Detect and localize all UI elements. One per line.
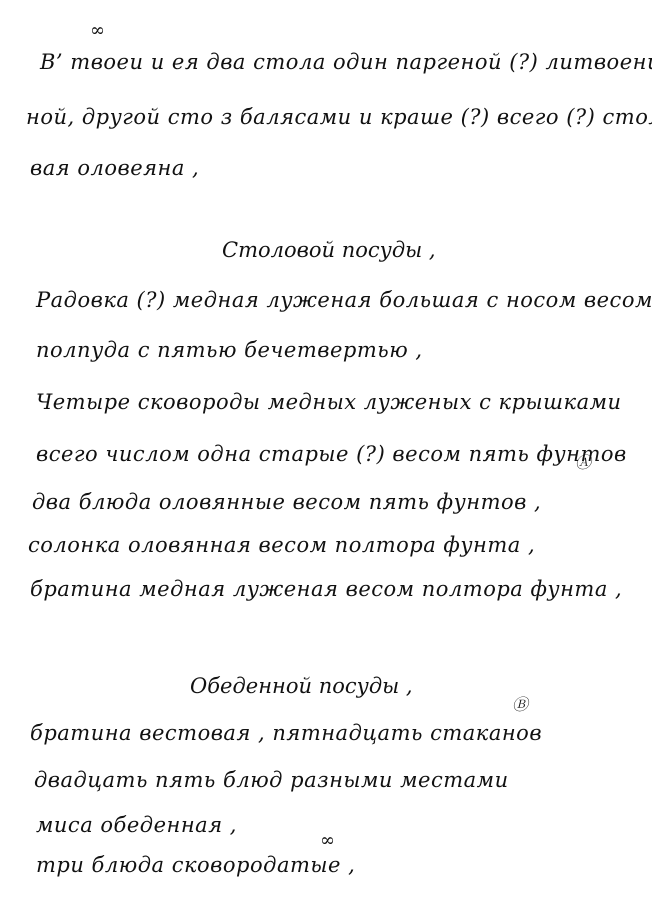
manuscript-line-5: полпуда с пятью бечетвертью ,: [36, 340, 423, 361]
manuscript-line-1: В’ твоеи и ея два стола один паргеной (?…: [40, 52, 652, 73]
manuscript-line-14: три блюда сковородатые ,: [36, 855, 355, 876]
superscript-flourish-icon: ∞: [90, 20, 105, 41]
manuscript-line-12: двадцать пять блюд разными местами: [34, 770, 509, 791]
manuscript-line-2: ной, другой сто з балясами и краше (?) в…: [26, 107, 652, 128]
manuscript-line-9: солонка оловянная весом полтора фунта ,: [28, 535, 535, 556]
encircled-letter-icon: Ⓐ: [575, 450, 591, 473]
manuscript-line-7: всего числом одна старые (?) весом пять …: [36, 444, 627, 465]
manuscript-line-8: два блюда оловянные весом пять фунтов ,: [32, 492, 541, 513]
encircled-letter-icon: Ⓑ: [512, 692, 528, 715]
manuscript-line-6: Четыре сковороды медных луженых с крышка…: [36, 392, 622, 413]
section-heading-dinner-ware: Обеденной посуды ,: [190, 676, 413, 697]
manuscript-line-4: Радовка (?) медная луженая большая с нос…: [36, 290, 652, 311]
superscript-flourish-icon: ∞: [320, 830, 335, 851]
section-heading-table-ware: Столовой посуды ,: [222, 240, 436, 261]
manuscript-line-3: вая оловеяна ,: [30, 158, 199, 179]
manuscript-line-13: миса обеденная ,: [36, 815, 237, 836]
manuscript-page: В’ твоеи и ея два стола один паргеной (?…: [0, 0, 652, 920]
manuscript-line-10: братина медная луженая весом полтора фун…: [30, 579, 622, 600]
manuscript-line-11: братина вестовая , пятнадцать стаканов: [30, 723, 542, 744]
